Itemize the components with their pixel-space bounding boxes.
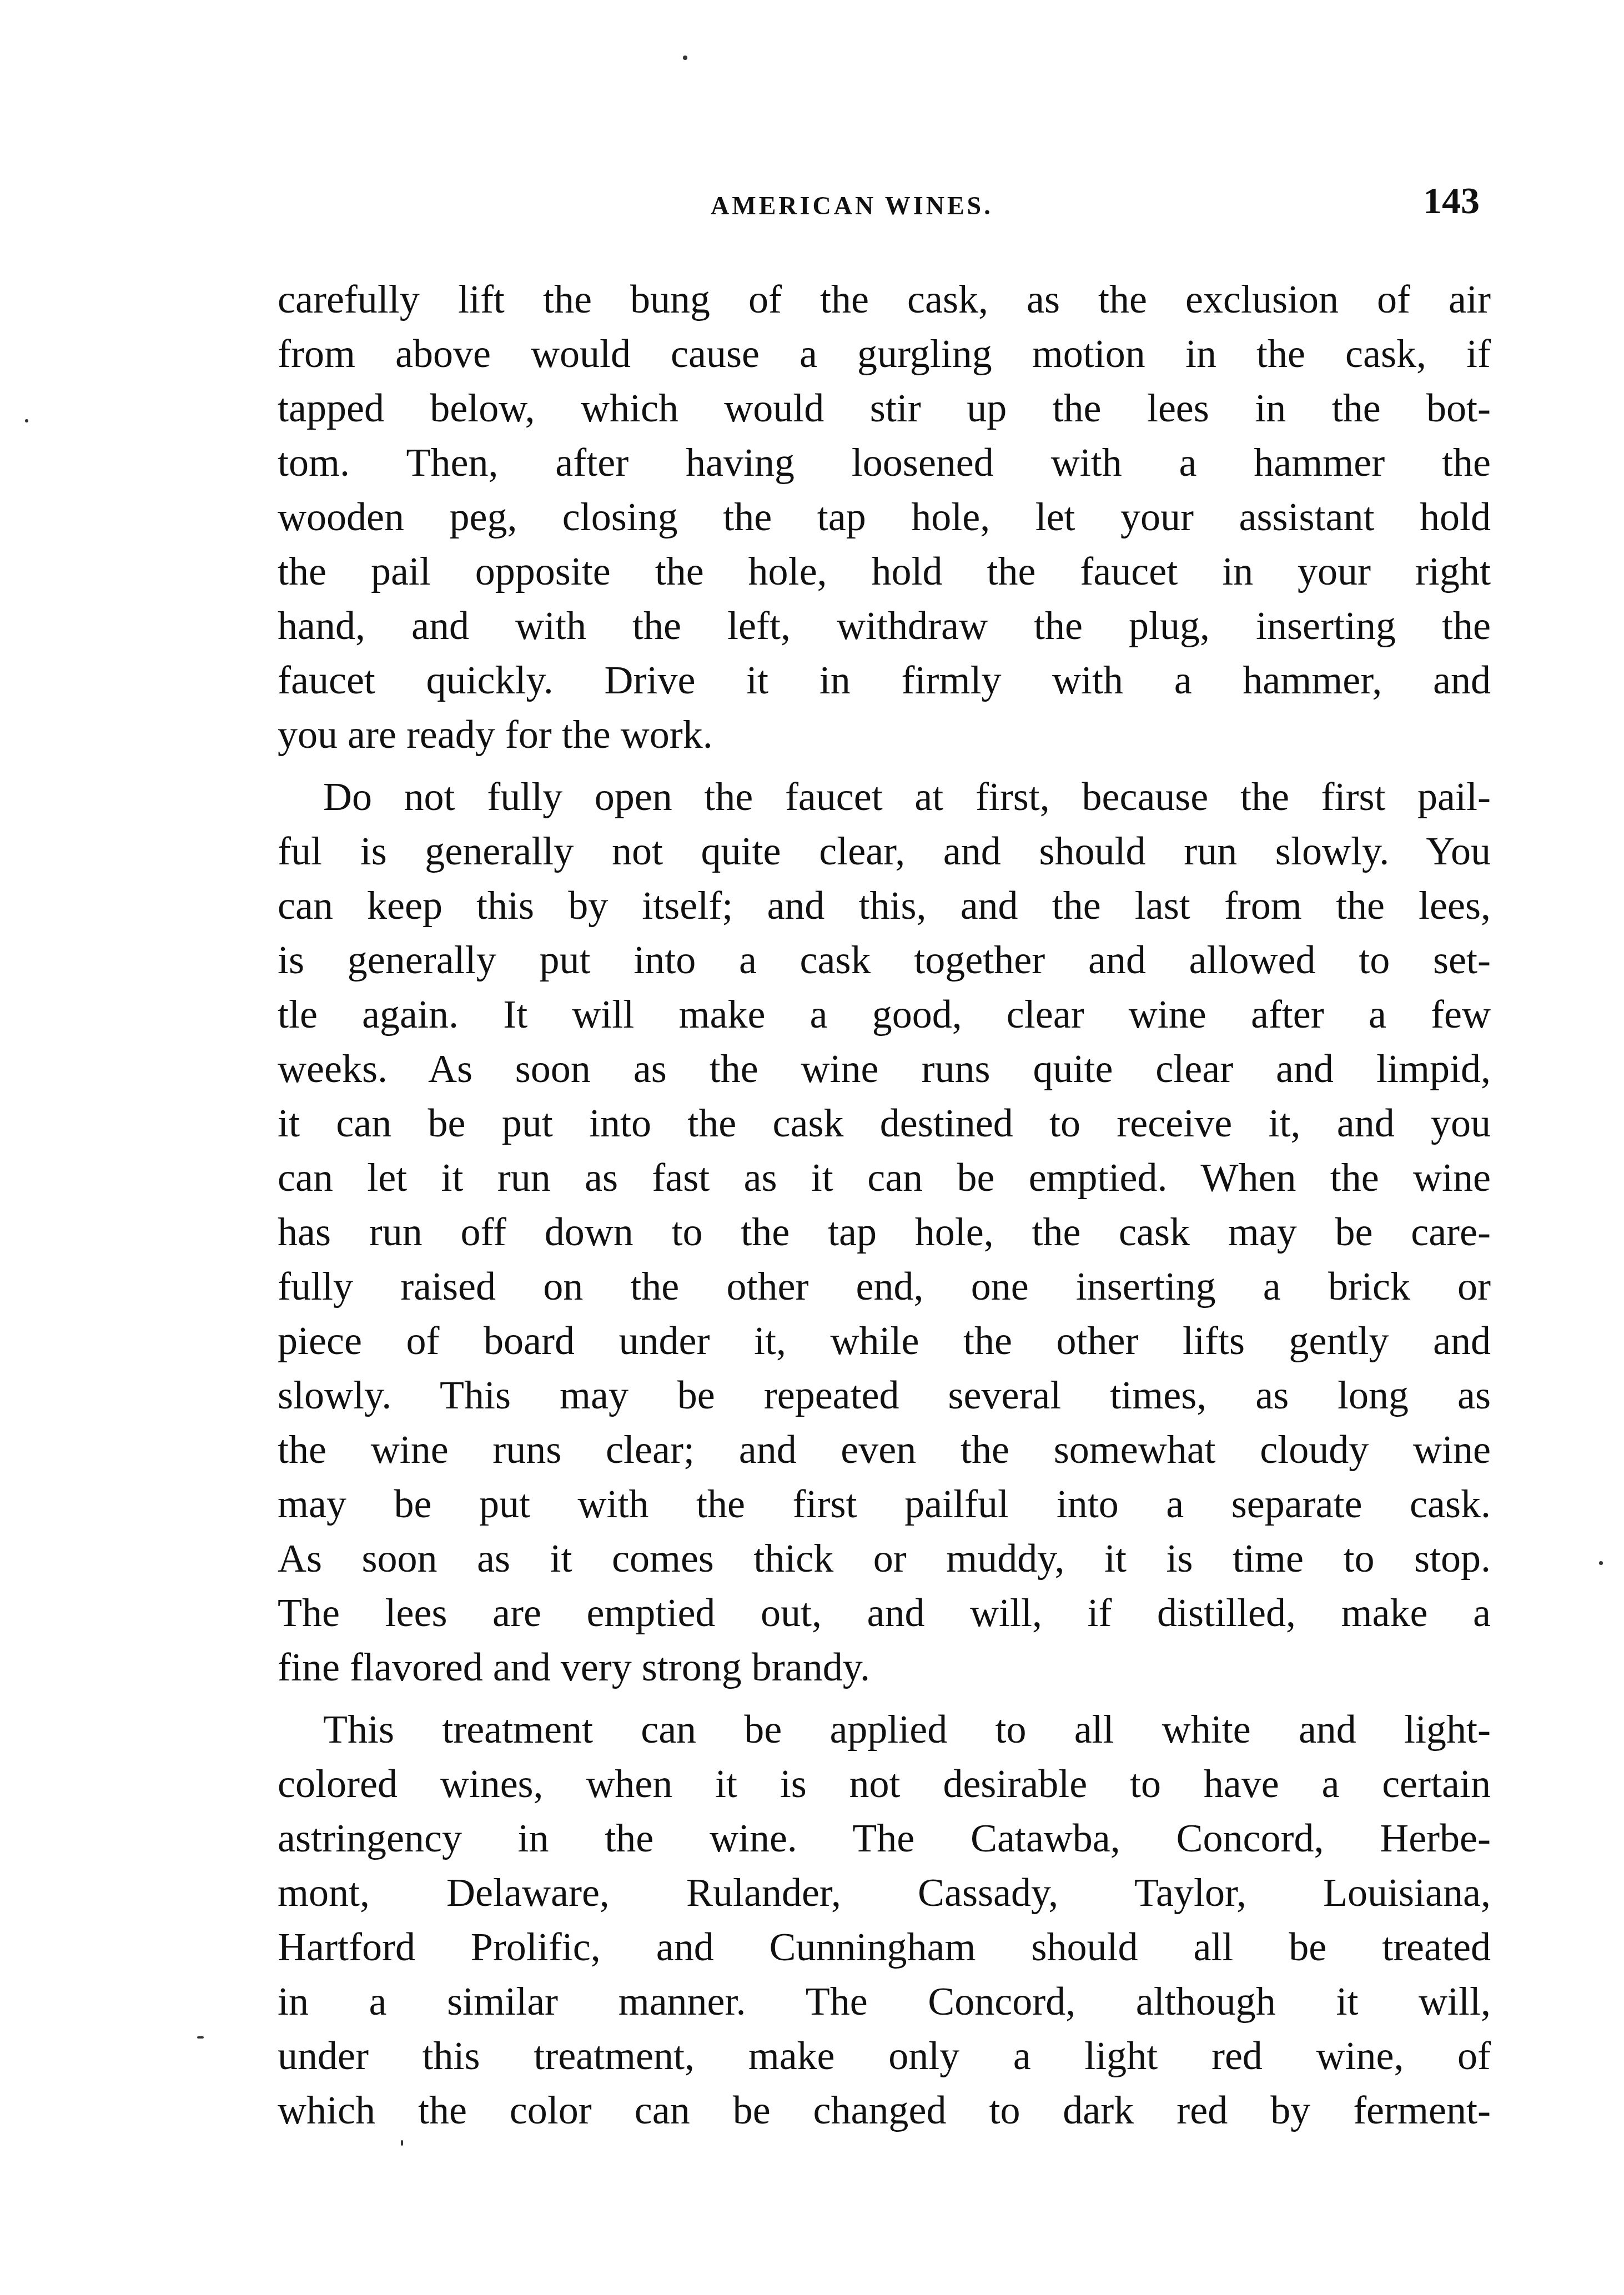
text-line: under this treatment, make only a light …	[278, 2029, 1491, 2083]
text-line: it can be put into the cask destined to …	[278, 1096, 1491, 1150]
text-line: can let it run as fast as it can be empt…	[278, 1150, 1491, 1205]
text-line: piece of board under it, while the other…	[278, 1313, 1491, 1368]
text-line: has run off down to the tap hole, the ca…	[278, 1205, 1491, 1259]
text-line: wooden peg, closing the tap hole, let yo…	[278, 490, 1491, 544]
text-line: from above would cause a gurgling motion…	[278, 326, 1491, 381]
text-line: faucet quickly. Drive it in firmly with …	[278, 653, 1491, 707]
text-line: tle again. It will make a good, clear wi…	[278, 987, 1491, 1041]
text-line: Hartford Prolific, and Cunningham should…	[278, 1920, 1491, 1974]
paragraph-2: Do not fully open the faucet at first, b…	[278, 769, 1491, 1694]
text-line: the wine runs clear; and even the somewh…	[278, 1422, 1491, 1477]
text-line: The lees are emptied out, and will, if d…	[278, 1586, 1491, 1640]
text-line: fully raised on the other end, one inser…	[278, 1259, 1491, 1313]
text-line: is generally put into a cask together an…	[278, 933, 1491, 987]
book-page: American Wines. 143 carefully lift the b…	[0, 0, 1624, 2295]
scan-speck	[1599, 1561, 1603, 1565]
paragraph-1: carefully lift the bung of the cask, as …	[278, 272, 1491, 762]
scan-speck	[25, 419, 28, 422]
scan-speck	[401, 2140, 403, 2146]
running-title: American Wines.	[711, 191, 993, 220]
text-line: carefully lift the bung of the cask, as …	[278, 272, 1491, 326]
text-line: colored wines, when it is not desirable …	[278, 1757, 1491, 1811]
text-line: which the color can be changed to dark r…	[278, 2083, 1491, 2137]
text-line: the pail opposite the hole, hold the fau…	[278, 544, 1491, 598]
text-line: you are ready for the work.	[278, 707, 1491, 762]
text-line: hand, and with the left, withdraw the pl…	[278, 598, 1491, 653]
text-line: Do not fully open the faucet at first, b…	[278, 769, 1491, 824]
text-line: can keep this by itself; and this, and t…	[278, 878, 1491, 933]
text-line: tapped below, which would stir up the le…	[278, 381, 1491, 435]
text-line: fine flavored and very strong brandy.	[278, 1640, 1491, 1694]
paragraph-3: This treatment can be applied to all whi…	[278, 1702, 1491, 2137]
scan-speck	[197, 2036, 204, 2039]
page-number: 143	[1423, 179, 1480, 223]
text-line: slowly. This may be repeated several tim…	[278, 1368, 1491, 1422]
text-line: astringency in the wine. The Catawba, Co…	[278, 1811, 1491, 1865]
scan-speck	[683, 56, 687, 60]
text-line: in a similar manner. The Concord, althou…	[278, 1974, 1491, 2029]
text-line: mont, Delaware, Rulander, Cassady, Taylo…	[278, 1865, 1491, 1920]
text-line: tom. Then, after having loosened with a …	[278, 435, 1491, 490]
text-line: weeks. As soon as the wine runs quite cl…	[278, 1041, 1491, 1096]
body-text: carefully lift the bung of the cask, as …	[278, 272, 1491, 2137]
text-line: ful is generally not quite clear, and sh…	[278, 824, 1491, 878]
text-line: may be put with the first pailful into a…	[278, 1477, 1491, 1531]
text-line: This treatment can be applied to all whi…	[278, 1702, 1491, 1757]
text-line: As soon as it comes thick or muddy, it i…	[278, 1531, 1491, 1586]
running-head: American Wines. 143	[278, 179, 1491, 229]
